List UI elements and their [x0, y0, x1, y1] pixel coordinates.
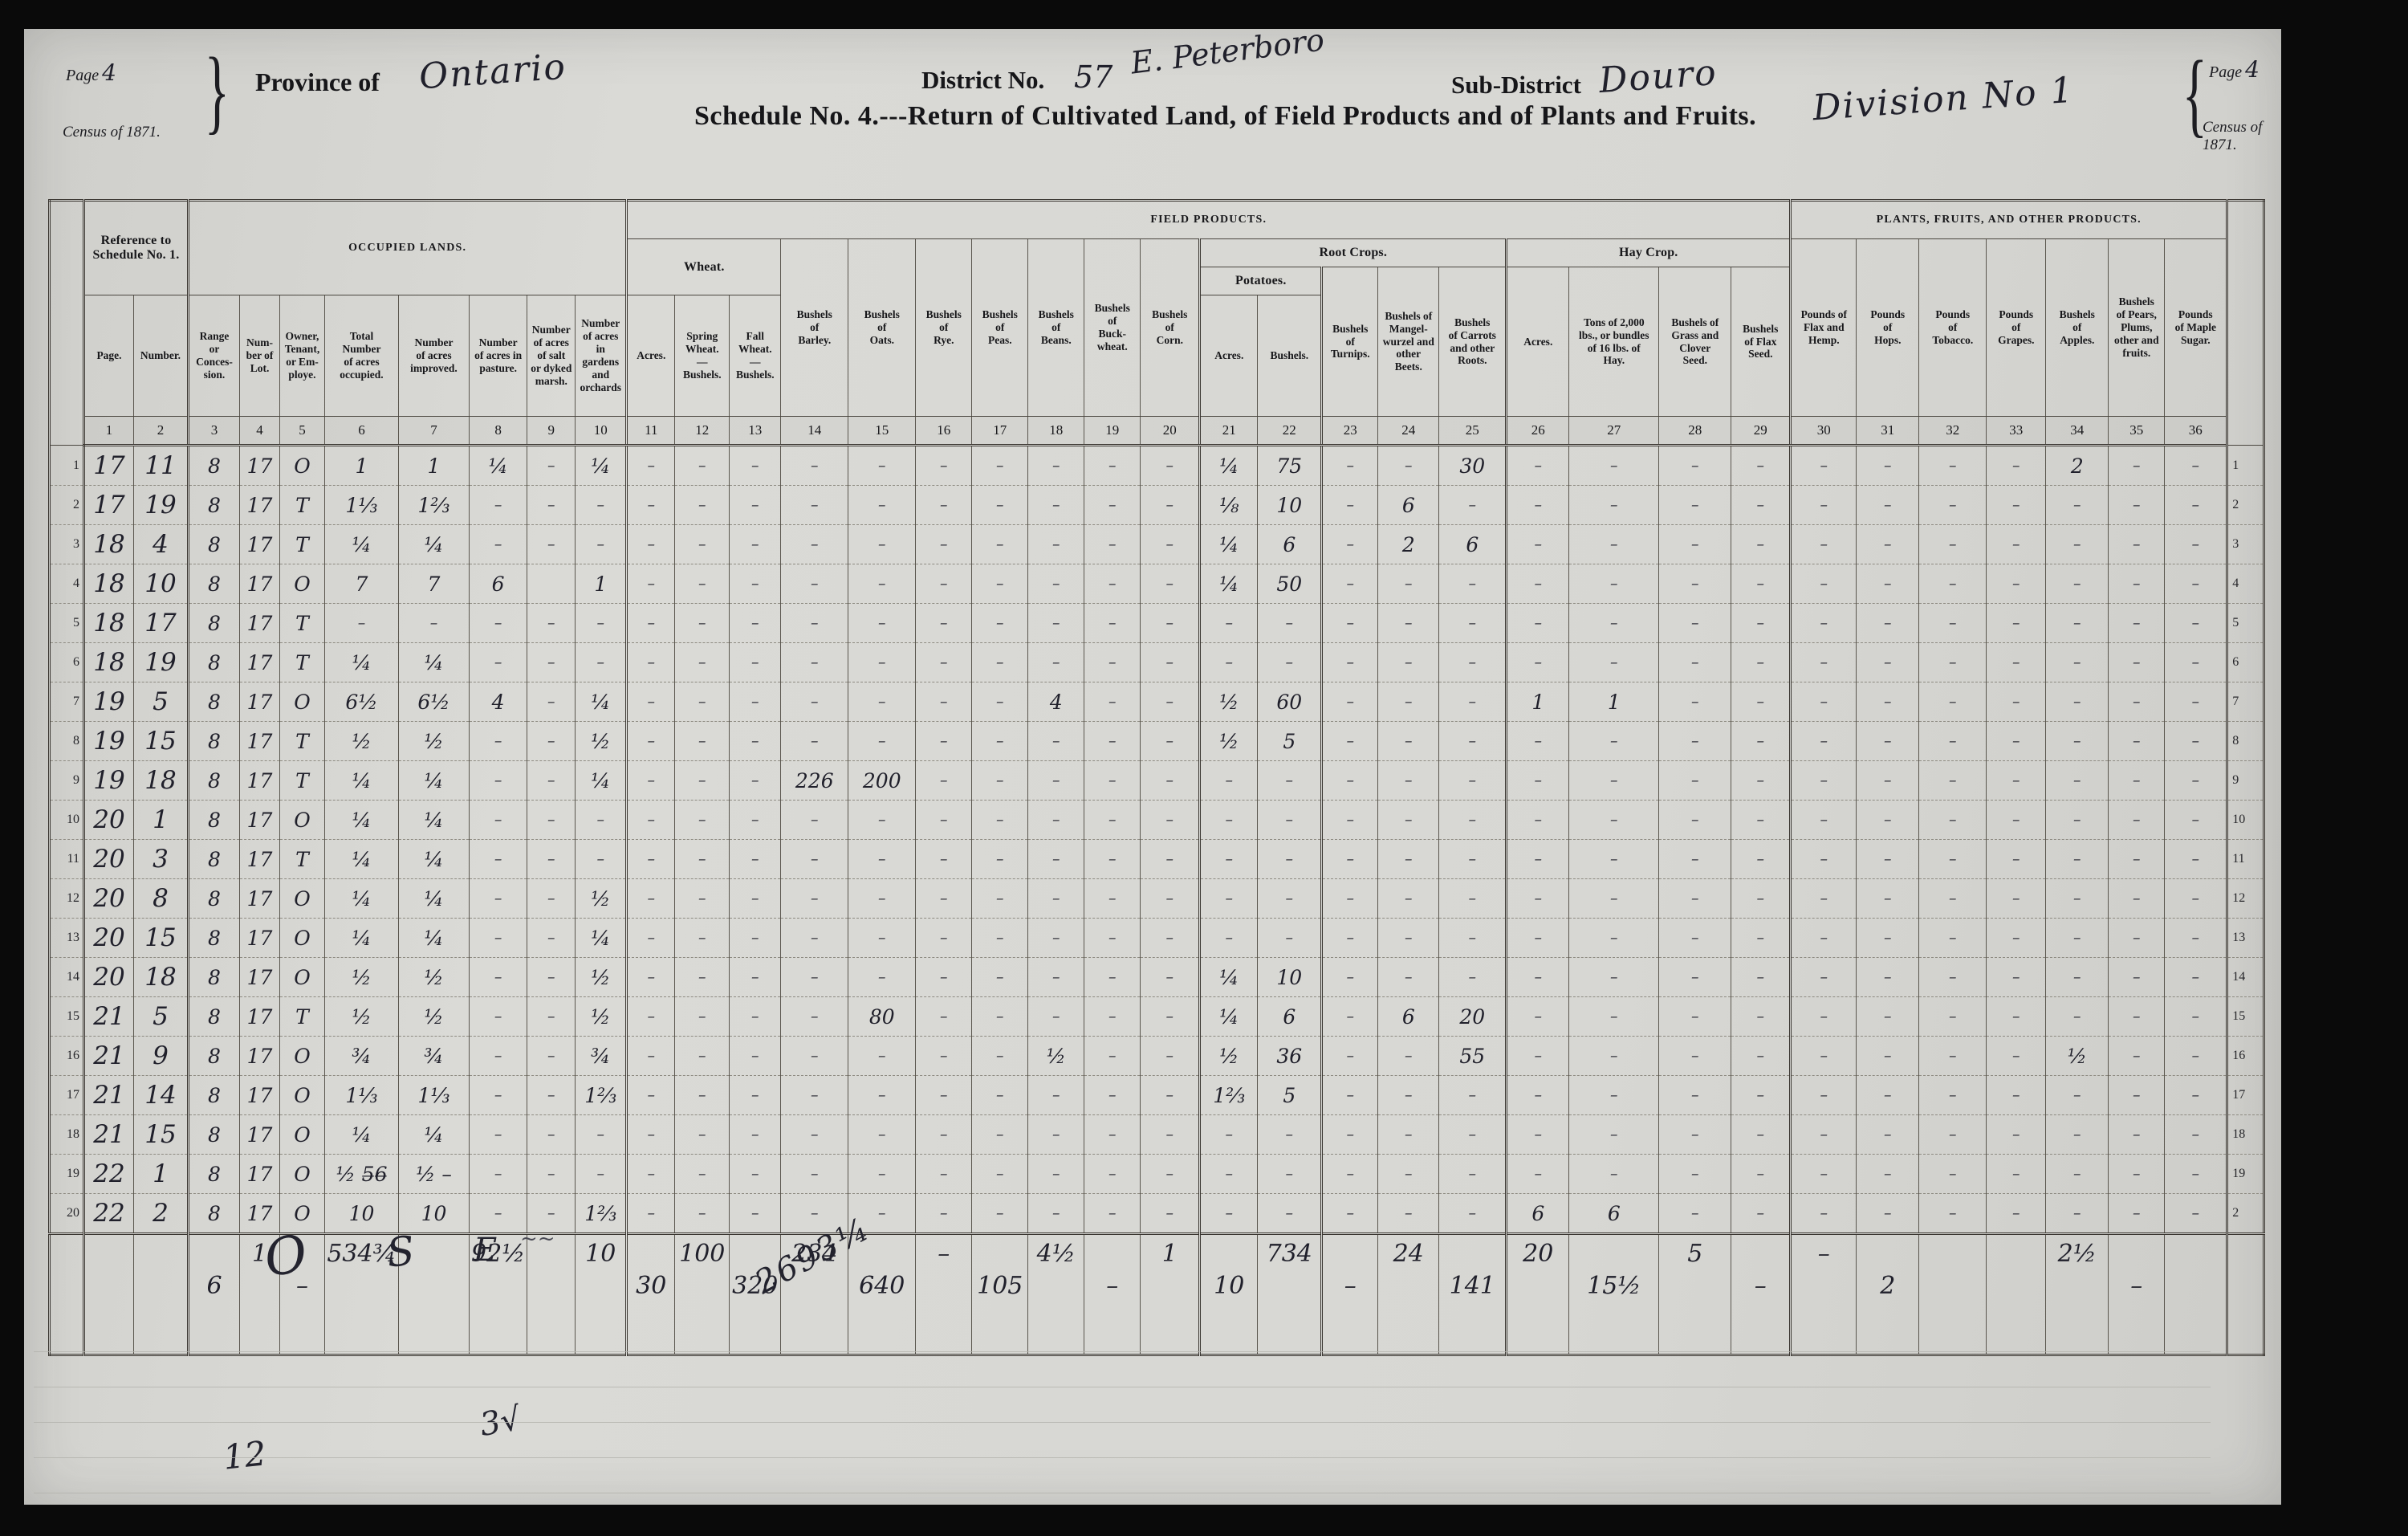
- cell-col21: –: [1200, 604, 1258, 643]
- cell-col16: –: [916, 1037, 972, 1076]
- cell-col22: –: [1258, 840, 1322, 879]
- cell-col12: –: [675, 801, 730, 840]
- cell-col20: –: [1141, 722, 1200, 761]
- cell-col7: 1⅔: [399, 486, 470, 525]
- cell-col19: –: [1084, 643, 1141, 682]
- row-number-left: 15: [50, 997, 84, 1037]
- cell-col2: 17: [134, 604, 189, 643]
- cell-col22: –: [1258, 1194, 1322, 1234]
- column-label-owner: Owner, Tenant, or Em- ploye.: [280, 295, 325, 417]
- column-label-rye: Bushels of Rye.: [916, 239, 972, 417]
- cell-col11: –: [627, 801, 675, 840]
- cell-col8: –: [470, 879, 527, 919]
- cell-col34: –: [2046, 1115, 2109, 1155]
- cell-col15: –: [848, 525, 916, 564]
- cell-col25: –: [1439, 643, 1507, 682]
- right-gutter-header: [2227, 201, 2264, 446]
- table-body: 11711817O11¼–¼––––––––––¼75––30––––––––2…: [50, 446, 2264, 1355]
- cell-col21: –: [1200, 761, 1258, 801]
- cell-col23: –: [1322, 1194, 1378, 1234]
- cell-col6: 10: [325, 1194, 399, 1234]
- cell-col32: –: [1919, 486, 1987, 525]
- cell-col4: 17: [240, 1037, 280, 1076]
- cell-col20: –: [1141, 1076, 1200, 1115]
- cell-col26: –: [1507, 486, 1569, 525]
- cell-col22: 60: [1258, 682, 1322, 722]
- cell-col11: –: [627, 564, 675, 604]
- column-number: 5: [280, 417, 325, 446]
- cell-col4: 17: [240, 446, 280, 486]
- row-number-right: 18: [2227, 1115, 2264, 1155]
- cell-col10: ½: [576, 958, 627, 997]
- cell-col19: –: [1084, 1076, 1141, 1115]
- cell-col1: 20: [84, 879, 134, 919]
- cell-col18: –: [1028, 840, 1084, 879]
- cell-col25: 6: [1439, 525, 1507, 564]
- cell-col20: –: [1141, 1037, 1200, 1076]
- cell-col22: –: [1258, 604, 1322, 643]
- cell-col25: –: [1439, 486, 1507, 525]
- cell-col10: ½: [576, 722, 627, 761]
- cell-col4: 17: [240, 879, 280, 919]
- cell-col24: –: [1378, 1076, 1439, 1115]
- cell-col14: –: [781, 958, 848, 997]
- cell-col28: –: [1659, 486, 1731, 525]
- column-number: 32: [1919, 417, 1987, 446]
- cell-col16: –: [916, 564, 972, 604]
- cell-col15: 80: [848, 997, 916, 1037]
- cell-col21: –: [1200, 879, 1258, 919]
- row-number-left: 8: [50, 722, 84, 761]
- group-wheat: Wheat.: [627, 239, 781, 295]
- cell-col1: 19: [84, 682, 134, 722]
- cell-col17: –: [972, 682, 1028, 722]
- cell-col22: 6: [1258, 525, 1322, 564]
- cell-col15: –: [848, 682, 916, 722]
- cell-col1: 22: [84, 1155, 134, 1194]
- cell-col8: 6: [470, 564, 527, 604]
- cell-col23: –: [1322, 643, 1378, 682]
- cell-col31: –: [1857, 722, 1919, 761]
- cell-col13: –: [730, 919, 781, 958]
- group-occupied-lands: Occupied Lands.: [189, 201, 627, 295]
- cell-col31: –: [1857, 958, 1919, 997]
- cell-col34: –: [2046, 564, 2109, 604]
- cell-col26: –: [1507, 919, 1569, 958]
- cell-col24: –: [1378, 879, 1439, 919]
- cell-col4: 17: [240, 643, 280, 682]
- cell-col1: 18: [84, 564, 134, 604]
- column-label-acres-pasture: Number of acres in pasture.: [470, 295, 527, 417]
- cell-col28: –: [1659, 564, 1731, 604]
- cell-col8: ¼: [470, 446, 527, 486]
- cell-col29: –: [1731, 564, 1791, 604]
- cell-col2: 15: [134, 919, 189, 958]
- cell-col17: –: [972, 604, 1028, 643]
- cell-col28: –: [1659, 801, 1731, 840]
- cell-col8: –: [470, 840, 527, 879]
- table-row: 11203817T¼¼–––––––––––––––––––––––––––––…: [50, 840, 2264, 879]
- group-reference: Reference to Schedule No. 1.: [84, 201, 189, 295]
- cell-col25: –: [1439, 722, 1507, 761]
- cell-col26: –: [1507, 1037, 1569, 1076]
- cell-col36: –: [2165, 801, 2227, 840]
- cell-col28: –: [1659, 1194, 1731, 1234]
- cell-col28: –: [1659, 1115, 1731, 1155]
- cell-col5: O: [280, 1115, 325, 1155]
- cell-col14: –: [781, 1155, 848, 1194]
- cell-col23: –: [1322, 1037, 1378, 1076]
- cell-col13: –: [730, 486, 781, 525]
- column-label-fall-wheat: Fall Wheat. — Bushels.: [730, 295, 781, 417]
- cell-col35: –: [2109, 919, 2165, 958]
- cell-col22: –: [1258, 879, 1322, 919]
- cell-col5: T: [280, 486, 325, 525]
- cell-col26: –: [1507, 997, 1569, 1037]
- cell-col6: 1⅓: [325, 1076, 399, 1115]
- cell-col33: –: [1987, 761, 2046, 801]
- cell-col18: –: [1028, 564, 1084, 604]
- cell-col27: –: [1569, 958, 1659, 997]
- census-table: Reference to Schedule No. 1. Occupied La…: [48, 199, 2265, 1356]
- cell-col10: ¾: [576, 1037, 627, 1076]
- cell-col8: –: [470, 801, 527, 840]
- cell-col34: –: [2046, 604, 2109, 643]
- cell-col24: –: [1378, 604, 1439, 643]
- cell-col25: –: [1439, 1076, 1507, 1115]
- scanned-census-page: { "page_header": { "left_page_label": "P…: [0, 0, 2408, 1536]
- cell-col1: 20: [84, 840, 134, 879]
- row-number-right: 4: [2227, 564, 2264, 604]
- cell-col31: –: [1857, 1037, 1919, 1076]
- cell-col13: –: [730, 801, 781, 840]
- cell-col32: –: [1919, 1194, 1987, 1234]
- cell-col30: –: [1791, 761, 1857, 801]
- cell-col1: 22: [84, 1194, 134, 1234]
- cell-col25: –: [1439, 761, 1507, 801]
- column-number: 29: [1731, 417, 1791, 446]
- cell-col13: –: [730, 722, 781, 761]
- cell-col25: –: [1439, 919, 1507, 958]
- cell-col1: 20: [84, 801, 134, 840]
- cell-col12: –: [675, 643, 730, 682]
- cell-col24: –: [1378, 761, 1439, 801]
- cell-col11: –: [627, 446, 675, 486]
- cell-col18: –: [1028, 446, 1084, 486]
- cell-col5: O: [280, 564, 325, 604]
- cell-col7: –: [399, 604, 470, 643]
- cell-col26: –: [1507, 722, 1569, 761]
- cell-col28: –: [1659, 446, 1731, 486]
- column-number: 22: [1258, 417, 1322, 446]
- cell-col23: –: [1322, 1115, 1378, 1155]
- cell-col19: –: [1084, 446, 1141, 486]
- table-row: 81915817T½½––½––––––––––½5––––––––––––––…: [50, 722, 2264, 761]
- cell-col17: –: [972, 958, 1028, 997]
- cell-col7: ¼: [399, 761, 470, 801]
- cell-col35: –: [2109, 801, 2165, 840]
- cell-col25: –: [1439, 801, 1507, 840]
- cell-col14: –: [781, 1115, 848, 1155]
- cell-col23: –: [1322, 958, 1378, 997]
- column-label-lot: Num- ber of Lot.: [240, 295, 280, 417]
- cell-col17: –: [972, 801, 1028, 840]
- column-label-mangel: Bushels of Mangel- wurzel and other Beet…: [1378, 267, 1439, 417]
- column-number: 14: [781, 417, 848, 446]
- cell-col35: –: [2109, 1194, 2165, 1234]
- cell-col9: –: [527, 840, 576, 879]
- column-number: 11: [627, 417, 675, 446]
- cell-col12: –: [675, 1194, 730, 1234]
- cell-col33: –: [1987, 1155, 2046, 1194]
- illegible-scrawl: O: [261, 1224, 311, 1290]
- cell-col14: –: [781, 446, 848, 486]
- cell-col3: 8: [189, 879, 240, 919]
- cell-col12: –: [675, 1155, 730, 1194]
- column-number: 24: [1378, 417, 1439, 446]
- cell-col31: –: [1857, 1194, 1919, 1234]
- cell-col26: –: [1507, 1076, 1569, 1115]
- cell-col32: –: [1919, 1115, 1987, 1155]
- cell-col5: T: [280, 840, 325, 879]
- cell-col27: –: [1569, 801, 1659, 840]
- page-number-left: Page 4: [66, 59, 116, 86]
- cell-col22: –: [1258, 1155, 1322, 1194]
- cell-col29: –: [1731, 486, 1791, 525]
- subdistrict-label: Sub-District: [1451, 71, 1581, 100]
- cell-col26: 1: [1507, 682, 1569, 722]
- cell-col28: –: [1659, 958, 1731, 997]
- cell-col18: –: [1028, 919, 1084, 958]
- cell-col32: –: [1919, 525, 1987, 564]
- column-number: 35: [2109, 417, 2165, 446]
- cell-col7: ¼: [399, 643, 470, 682]
- group-root-crops: Root Crops.: [1200, 239, 1507, 267]
- cell-col35: –: [2109, 840, 2165, 879]
- column-number: 36: [2165, 417, 2227, 446]
- column-number: 17: [972, 417, 1028, 446]
- table-row: 172114817O1⅓1⅓––1⅔––––––––––1⅔5–––––––––…: [50, 1076, 2264, 1115]
- cell-col30: –: [1791, 840, 1857, 879]
- row-number-left: 4: [50, 564, 84, 604]
- cell-col13: –: [730, 564, 781, 604]
- cell-col11: –: [627, 604, 675, 643]
- cell-col15: –: [848, 1037, 916, 1076]
- cell-col15: –: [848, 1155, 916, 1194]
- cell-col6: ¼: [325, 919, 399, 958]
- column-number: 27: [1569, 417, 1659, 446]
- cell-col13: –: [730, 1037, 781, 1076]
- cell-col21: ¼: [1200, 997, 1258, 1037]
- cell-col29: –: [1731, 722, 1791, 761]
- cell-col12: –: [675, 564, 730, 604]
- cell-col33: –: [1987, 1076, 2046, 1115]
- column-number: 12: [675, 417, 730, 446]
- cell-col18: –: [1028, 958, 1084, 997]
- cell-col18: –: [1028, 801, 1084, 840]
- cell-col32: –: [1919, 1037, 1987, 1076]
- cell-col31: –: [1857, 525, 1919, 564]
- cell-col29: –: [1731, 604, 1791, 643]
- table-row: 16219817O¾¾––¾–––––––½––½36––55––––––––½…: [50, 1037, 2264, 1076]
- cell-col1: 21: [84, 997, 134, 1037]
- cell-col9: –: [527, 997, 576, 1037]
- cell-col3: 8: [189, 801, 240, 840]
- cell-col10: –: [576, 525, 627, 564]
- cell-col4: 17: [240, 1076, 280, 1115]
- cell-col33: –: [1987, 525, 2046, 564]
- row-number-right: 10: [2227, 801, 2264, 840]
- cell-col3: 8: [189, 722, 240, 761]
- cell-col3: 8: [189, 1076, 240, 1115]
- cell-col30: –: [1791, 564, 1857, 604]
- cell-col3: 8: [189, 1155, 240, 1194]
- cell-col35: –: [2109, 1076, 2165, 1115]
- cell-col9: –: [527, 1115, 576, 1155]
- cell-col32: –: [1919, 761, 1987, 801]
- cell-col20: –: [1141, 879, 1200, 919]
- cell-col16: –: [916, 604, 972, 643]
- cell-col29: –: [1731, 879, 1791, 919]
- cell-col35: –: [2109, 1115, 2165, 1155]
- cell-col35: –: [2109, 1037, 2165, 1076]
- cell-col17: –: [972, 525, 1028, 564]
- cell-col19: –: [1084, 801, 1141, 840]
- blank-ruled-lines: [34, 1317, 2211, 1497]
- column-number: 34: [2046, 417, 2109, 446]
- cell-col24: –: [1378, 722, 1439, 761]
- row-number-left: 12: [50, 879, 84, 919]
- column-number: 19: [1084, 417, 1141, 446]
- cell-col20: –: [1141, 525, 1200, 564]
- cell-col29: –: [1731, 1155, 1791, 1194]
- column-number: 20: [1141, 417, 1200, 446]
- cell-col31: –: [1857, 997, 1919, 1037]
- row-number-right: 2: [2227, 1194, 2264, 1234]
- cell-col9: –: [527, 761, 576, 801]
- cell-col33: –: [1987, 1115, 2046, 1155]
- cell-col27: –: [1569, 879, 1659, 919]
- cell-col8: –: [470, 958, 527, 997]
- cell-col27: –: [1569, 1037, 1659, 1076]
- cell-col24: –: [1378, 1115, 1439, 1155]
- cell-col33: –: [1987, 1037, 2046, 1076]
- cell-col6: ¼: [325, 879, 399, 919]
- cell-col16: –: [916, 1194, 972, 1234]
- cell-col5: O: [280, 1037, 325, 1076]
- cell-col1: 21: [84, 1076, 134, 1115]
- cell-col28: –: [1659, 525, 1731, 564]
- cell-col3: 8: [189, 604, 240, 643]
- cell-col4: 17: [240, 801, 280, 840]
- cell-col27: 6: [1569, 1194, 1659, 1234]
- cell-col20: –: [1141, 761, 1200, 801]
- cell-col31: –: [1857, 1115, 1919, 1155]
- cell-col30: –: [1791, 801, 1857, 840]
- row-number-left: 2: [50, 486, 84, 525]
- cell-col11: –: [627, 1037, 675, 1076]
- cell-col15: –: [848, 801, 916, 840]
- cell-col9: –: [527, 1037, 576, 1076]
- cell-col27: 1: [1569, 682, 1659, 722]
- cell-col7: ½: [399, 997, 470, 1037]
- cell-col17: –: [972, 1155, 1028, 1194]
- cell-col26: 6: [1507, 1194, 1569, 1234]
- cell-col15: –: [848, 722, 916, 761]
- cell-col36: –: [2165, 761, 2227, 801]
- column-number: 7: [399, 417, 470, 446]
- cell-col13: –: [730, 604, 781, 643]
- schedule-title: Schedule No. 4.---Return of Cultivated L…: [694, 101, 1756, 132]
- cell-col28: –: [1659, 643, 1731, 682]
- cell-col27: –: [1569, 446, 1659, 486]
- cell-col11: –: [627, 919, 675, 958]
- cell-col22: –: [1258, 919, 1322, 958]
- cell-col17: –: [972, 1037, 1028, 1076]
- cell-col18: –: [1028, 1155, 1084, 1194]
- cell-col19: –: [1084, 1115, 1141, 1155]
- cell-col9: –: [527, 1155, 576, 1194]
- cell-col16: –: [916, 997, 972, 1037]
- cell-col34: –: [2046, 486, 2109, 525]
- cell-col22: 50: [1258, 564, 1322, 604]
- cell-col24: –: [1378, 682, 1439, 722]
- cell-col12: –: [675, 840, 730, 879]
- cell-col17: –: [972, 997, 1028, 1037]
- cell-col1: 18: [84, 604, 134, 643]
- cell-col14: –: [781, 643, 848, 682]
- cell-col35: –: [2109, 1155, 2165, 1194]
- cell-col27: –: [1569, 761, 1659, 801]
- cell-col7: ¼: [399, 525, 470, 564]
- column-number: 25: [1439, 417, 1507, 446]
- cell-col4: 17: [240, 1155, 280, 1194]
- cell-col31: –: [1857, 1155, 1919, 1194]
- cell-col10: 1⅔: [576, 1194, 627, 1234]
- column-label-hops: Pounds of Hops.: [1857, 239, 1919, 417]
- cell-col34: –: [2046, 958, 2109, 997]
- cell-col1: 20: [84, 919, 134, 958]
- column-label-oats: Bushels of Oats.: [848, 239, 916, 417]
- column-number: 15: [848, 417, 916, 446]
- cell-col13: –: [730, 1194, 781, 1234]
- cell-col23: –: [1322, 1155, 1378, 1194]
- cell-col15: –: [848, 446, 916, 486]
- cell-col11: –: [627, 761, 675, 801]
- cell-col5: O: [280, 1076, 325, 1115]
- cell-col5: O: [280, 682, 325, 722]
- cell-col3: 8: [189, 525, 240, 564]
- cell-col5: T: [280, 997, 325, 1037]
- cell-col26: –: [1507, 564, 1569, 604]
- cell-col7: ¼: [399, 1115, 470, 1155]
- cell-col13: –: [730, 1115, 781, 1155]
- cell-col30: –: [1791, 643, 1857, 682]
- row-number-right: 11: [2227, 840, 2264, 879]
- cell-col12: –: [675, 1115, 730, 1155]
- cell-col7: ¼: [399, 919, 470, 958]
- cell-col6: 1⅓: [325, 486, 399, 525]
- cell-col12: –: [675, 919, 730, 958]
- cell-col20: –: [1141, 840, 1200, 879]
- cell-col11: –: [627, 682, 675, 722]
- cell-col9: –: [527, 643, 576, 682]
- row-number-left: 5: [50, 604, 84, 643]
- cell-col11: –: [627, 1076, 675, 1115]
- cell-col6: ½ 5̶6̶: [325, 1155, 399, 1194]
- cell-col25: –: [1439, 958, 1507, 997]
- cell-col27: –: [1569, 840, 1659, 879]
